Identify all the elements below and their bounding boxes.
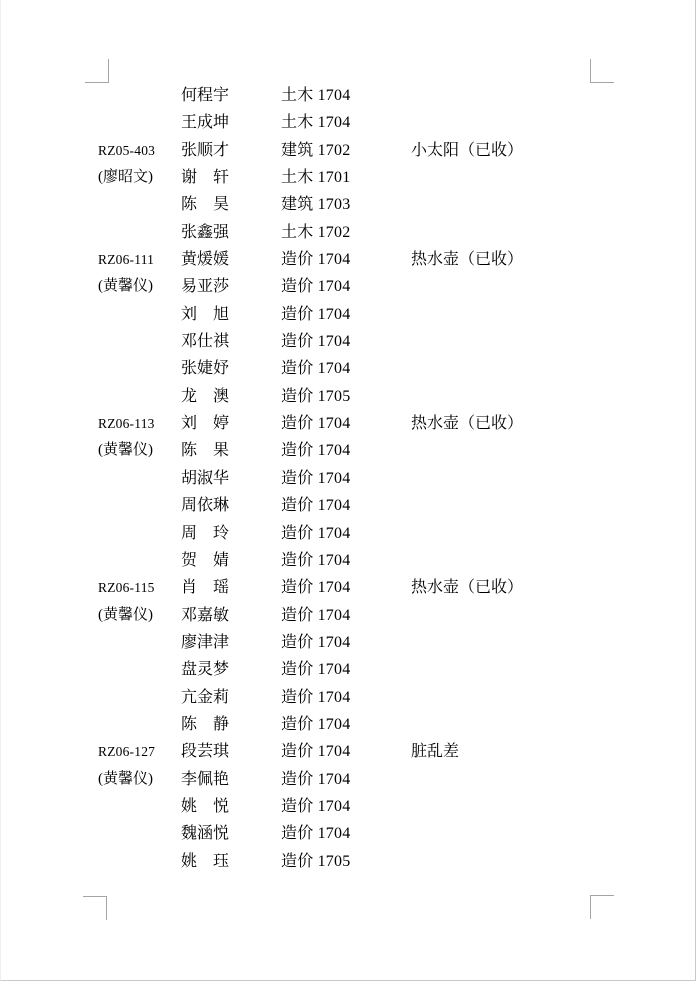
name-cell: 陈 昊 bbox=[181, 191, 281, 218]
inspector-cell: (黄馨仪) bbox=[98, 602, 181, 629]
note-cell bbox=[411, 164, 695, 191]
room-cell bbox=[98, 820, 181, 847]
table-row: 邓仕祺造价 1704 bbox=[1, 328, 695, 355]
room-cell: RZ06-127 bbox=[98, 738, 181, 765]
room-cell: RZ06-115 bbox=[98, 574, 181, 601]
name-cell: 陈 果 bbox=[181, 437, 281, 464]
table-row: 周依琳造价 1704 bbox=[1, 492, 695, 519]
note-cell bbox=[411, 82, 695, 109]
room-cell bbox=[98, 383, 181, 410]
room-cell bbox=[98, 82, 181, 109]
room-cell bbox=[98, 492, 181, 519]
table-row: 陈 静造价 1704 bbox=[1, 711, 695, 738]
room-cell bbox=[98, 355, 181, 382]
name-cell: 王成坤 bbox=[181, 109, 281, 136]
note-cell bbox=[411, 793, 695, 820]
major-cell: 土木 1701 bbox=[281, 164, 411, 191]
note-cell bbox=[411, 219, 695, 246]
name-cell: 周 玲 bbox=[181, 520, 281, 547]
major-cell: 造价 1704 bbox=[281, 766, 411, 793]
name-cell: 易亚莎 bbox=[181, 273, 281, 300]
table-row: (廖昭文)谢 轩土木 1701 bbox=[1, 164, 695, 191]
note-cell: 热水壶（已收） bbox=[411, 246, 695, 273]
major-cell: 造价 1704 bbox=[281, 246, 411, 273]
name-cell: 刘 婷 bbox=[181, 410, 281, 437]
table-row: 王成坤土木 1704 bbox=[1, 109, 695, 136]
name-cell: 龙 澳 bbox=[181, 383, 281, 410]
table-row: 周 玲造价 1704 bbox=[1, 520, 695, 547]
major-cell: 造价 1704 bbox=[281, 301, 411, 328]
note-cell bbox=[411, 520, 695, 547]
room-cell bbox=[98, 793, 181, 820]
room-cell bbox=[98, 629, 181, 656]
text-boundary-mark-bottom-left bbox=[83, 896, 107, 920]
name-cell: 邓仕祺 bbox=[181, 328, 281, 355]
table-row: 龙 澳造价 1705 bbox=[1, 383, 695, 410]
major-cell: 造价 1705 bbox=[281, 848, 411, 875]
name-cell: 李佩艳 bbox=[181, 766, 281, 793]
name-cell: 廖津津 bbox=[181, 629, 281, 656]
name-cell: 何程宇 bbox=[181, 82, 281, 109]
room-cell bbox=[98, 547, 181, 574]
table-row: RZ06-127段芸琪造价 1704脏乱差 bbox=[1, 738, 695, 765]
note-cell: 小太阳（已收） bbox=[411, 137, 695, 164]
note-cell bbox=[411, 492, 695, 519]
note-cell bbox=[411, 711, 695, 738]
room-cell: RZ06-113 bbox=[98, 410, 181, 437]
note-cell bbox=[411, 191, 695, 218]
name-cell: 姚 珏 bbox=[181, 848, 281, 875]
major-cell: 造价 1704 bbox=[281, 410, 411, 437]
major-cell: 造价 1704 bbox=[281, 820, 411, 847]
name-cell: 亢金莉 bbox=[181, 684, 281, 711]
table-row: 姚 珏造价 1705 bbox=[1, 848, 695, 875]
text-boundary-mark-top-left bbox=[85, 59, 109, 83]
table-row: 亢金莉造价 1704 bbox=[1, 684, 695, 711]
note-cell bbox=[411, 547, 695, 574]
major-cell: 造价 1705 bbox=[281, 383, 411, 410]
room-cell bbox=[98, 219, 181, 246]
inspector-cell: (黄馨仪) bbox=[98, 437, 181, 464]
note-cell bbox=[411, 848, 695, 875]
table-row: 廖津津造价 1704 bbox=[1, 629, 695, 656]
major-cell: 造价 1704 bbox=[281, 328, 411, 355]
table-row: 盘灵梦造价 1704 bbox=[1, 656, 695, 683]
room-cell: RZ06-111 bbox=[98, 246, 181, 273]
table-row: 姚 悦造价 1704 bbox=[1, 793, 695, 820]
table-row: (黄馨仪)邓嘉敏造价 1704 bbox=[1, 602, 695, 629]
major-cell: 土木 1704 bbox=[281, 109, 411, 136]
major-cell: 造价 1704 bbox=[281, 656, 411, 683]
table-row: 魏涵悦造价 1704 bbox=[1, 820, 695, 847]
room-cell bbox=[98, 520, 181, 547]
inspector-cell: (黄馨仪) bbox=[98, 273, 181, 300]
major-cell: 造价 1704 bbox=[281, 738, 411, 765]
major-cell: 造价 1704 bbox=[281, 629, 411, 656]
name-cell: 段芸琪 bbox=[181, 738, 281, 765]
note-cell bbox=[411, 328, 695, 355]
major-cell: 造价 1704 bbox=[281, 684, 411, 711]
major-cell: 造价 1704 bbox=[281, 465, 411, 492]
inspector-cell: (廖昭文) bbox=[98, 164, 181, 191]
note-cell bbox=[411, 109, 695, 136]
note-cell bbox=[411, 684, 695, 711]
name-cell: 张顺才 bbox=[181, 137, 281, 164]
note-cell: 脏乱差 bbox=[411, 738, 695, 765]
note-cell bbox=[411, 355, 695, 382]
room-cell bbox=[98, 465, 181, 492]
note-cell bbox=[411, 766, 695, 793]
document-page[interactable]: 何程宇土木 1704 王成坤土木 1704 RZ05-403张顺才建筑 1702… bbox=[0, 0, 696, 981]
name-cell: 邓嘉敏 bbox=[181, 602, 281, 629]
room-cell bbox=[98, 109, 181, 136]
name-cell: 盘灵梦 bbox=[181, 656, 281, 683]
major-cell: 造价 1704 bbox=[281, 492, 411, 519]
major-cell: 造价 1704 bbox=[281, 574, 411, 601]
name-cell: 魏涵悦 bbox=[181, 820, 281, 847]
room-cell bbox=[98, 848, 181, 875]
room-cell bbox=[98, 684, 181, 711]
table-row: 张婕妤造价 1704 bbox=[1, 355, 695, 382]
major-cell: 建筑 1703 bbox=[281, 191, 411, 218]
table-row: 贺 婧造价 1704 bbox=[1, 547, 695, 574]
name-cell: 刘 旭 bbox=[181, 301, 281, 328]
major-cell: 造价 1704 bbox=[281, 355, 411, 382]
name-cell: 胡淑华 bbox=[181, 465, 281, 492]
major-cell: 土木 1702 bbox=[281, 219, 411, 246]
name-cell: 肖 瑶 bbox=[181, 574, 281, 601]
note-cell bbox=[411, 383, 695, 410]
room-cell bbox=[98, 711, 181, 738]
note-cell: 热水壶（已收） bbox=[411, 574, 695, 601]
major-cell: 造价 1704 bbox=[281, 711, 411, 738]
room-cell bbox=[98, 656, 181, 683]
table-row: (黄馨仪)陈 果造价 1704 bbox=[1, 437, 695, 464]
table-row: RZ06-113刘 婷造价 1704热水壶（已收） bbox=[1, 410, 695, 437]
table-row: (黄馨仪)易亚莎造价 1704 bbox=[1, 273, 695, 300]
table-row: (黄馨仪)李佩艳造价 1704 bbox=[1, 766, 695, 793]
note-cell bbox=[411, 273, 695, 300]
table-row: RZ05-403张顺才建筑 1702小太阳（已收） bbox=[1, 137, 695, 164]
table-row: 张鑫强土木 1702 bbox=[1, 219, 695, 246]
note-cell bbox=[411, 656, 695, 683]
table-row: 陈 昊建筑 1703 bbox=[1, 191, 695, 218]
name-cell: 周依琳 bbox=[181, 492, 281, 519]
name-cell: 谢 轩 bbox=[181, 164, 281, 191]
table-row: 胡淑华造价 1704 bbox=[1, 465, 695, 492]
major-cell: 土木 1704 bbox=[281, 82, 411, 109]
inspector-cell: (黄馨仪) bbox=[98, 766, 181, 793]
note-cell bbox=[411, 437, 695, 464]
room-cell bbox=[98, 301, 181, 328]
note-cell bbox=[411, 301, 695, 328]
major-cell: 造价 1704 bbox=[281, 273, 411, 300]
note-cell bbox=[411, 602, 695, 629]
name-cell: 张婕妤 bbox=[181, 355, 281, 382]
room-cell bbox=[98, 191, 181, 218]
table-row: 刘 旭造价 1704 bbox=[1, 301, 695, 328]
major-cell: 造价 1704 bbox=[281, 793, 411, 820]
name-cell: 张鑫强 bbox=[181, 219, 281, 246]
text-boundary-mark-bottom-right bbox=[590, 895, 614, 919]
note-cell: 热水壶（已收） bbox=[411, 410, 695, 437]
major-cell: 造价 1704 bbox=[281, 547, 411, 574]
note-cell bbox=[411, 629, 695, 656]
major-cell: 造价 1704 bbox=[281, 520, 411, 547]
table-row: 何程宇土木 1704 bbox=[1, 82, 695, 109]
note-cell bbox=[411, 465, 695, 492]
major-cell: 造价 1704 bbox=[281, 437, 411, 464]
room-cell: RZ05-403 bbox=[98, 137, 181, 164]
name-cell: 陈 静 bbox=[181, 711, 281, 738]
table-row: RZ06-111黄煖媛造价 1704热水壶（已收） bbox=[1, 246, 695, 273]
major-cell: 建筑 1702 bbox=[281, 137, 411, 164]
note-cell bbox=[411, 820, 695, 847]
table-row: RZ06-115肖 瑶造价 1704热水壶（已收） bbox=[1, 574, 695, 601]
major-cell: 造价 1704 bbox=[281, 602, 411, 629]
name-cell: 贺 婧 bbox=[181, 547, 281, 574]
text-boundary-mark-top-right bbox=[590, 59, 614, 83]
name-cell: 黄煖媛 bbox=[181, 246, 281, 273]
dorm-roster-table: 何程宇土木 1704 王成坤土木 1704 RZ05-403张顺才建筑 1702… bbox=[1, 82, 695, 875]
name-cell: 姚 悦 bbox=[181, 793, 281, 820]
room-cell bbox=[98, 328, 181, 355]
